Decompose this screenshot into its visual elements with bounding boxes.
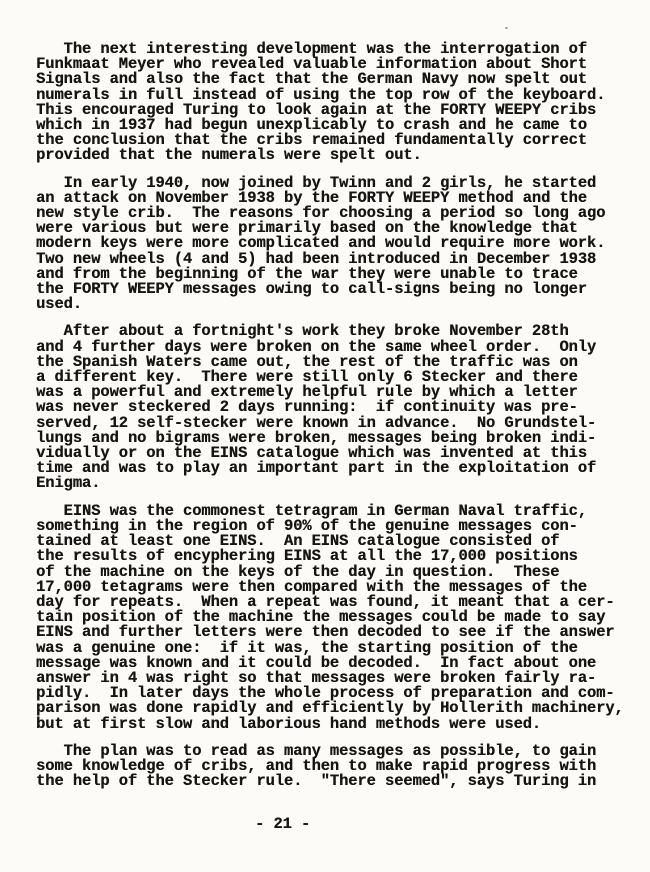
paragraph-fortnight-break: After about a fortnight's work they brok… xyxy=(36,324,628,491)
page-number: - 21 - xyxy=(255,817,628,832)
paragraph-plan-read-messages: The plan was to read as many messages as… xyxy=(36,744,628,790)
document-page: The next interesting development was the… xyxy=(0,0,650,872)
paragraph-eins-catalogue: EINS was the commonest tetragram in Germ… xyxy=(36,504,628,732)
paragraph-early-1940-attack: In early 1940, now joined by Twinn and 2… xyxy=(36,176,628,313)
scan-speck xyxy=(505,27,508,29)
paragraph-funkmaat-interrogation: The next interesting development was the… xyxy=(36,42,628,164)
